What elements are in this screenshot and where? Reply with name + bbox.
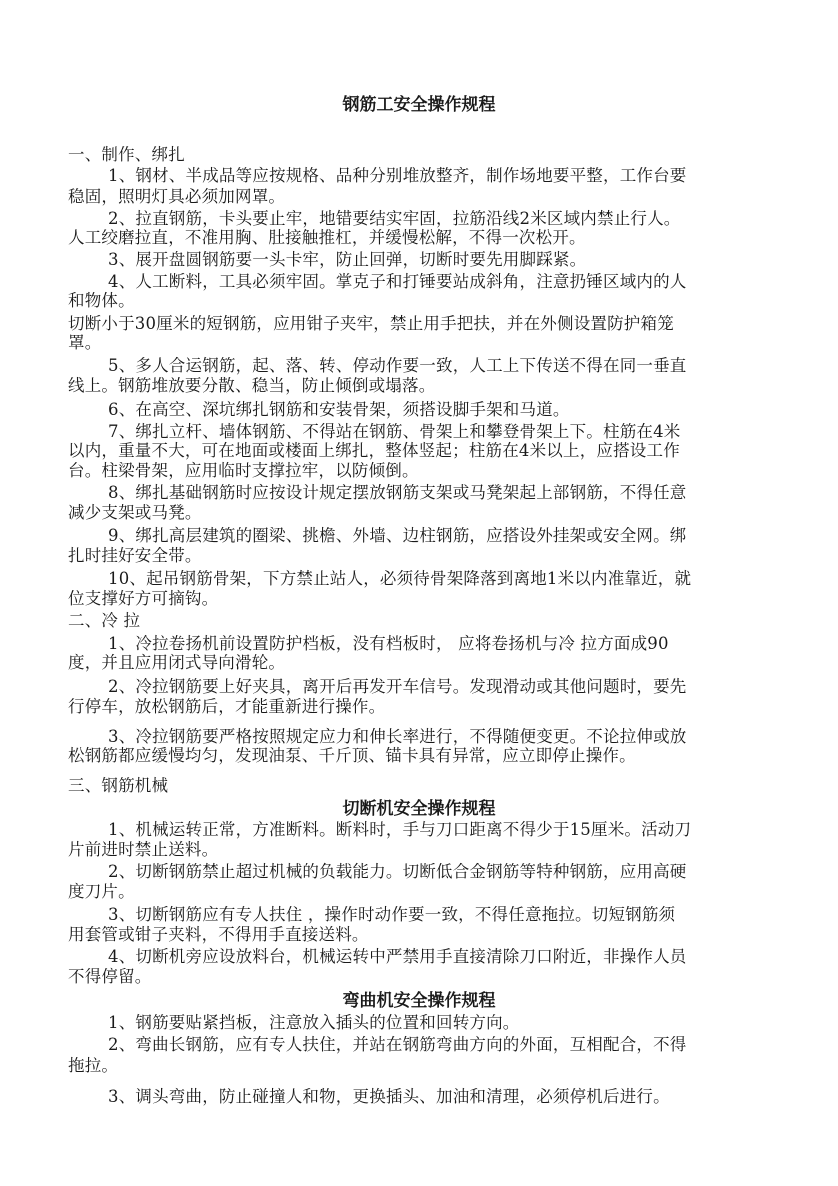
paragraph-line: 台。柱梁骨架，应用临时支撑拉牢，以防倾倒。: [68, 461, 770, 481]
paragraph-line: 2、弯曲长钢筋，应有专人扶住，并站在钢筋弯曲方向的外面，互相配合，不得: [108, 1035, 770, 1055]
paragraph-line: 1、钢筋要贴紧挡板，注意放入插头的位置和回转方向。: [108, 1013, 770, 1033]
paragraph-line: 拖拉。: [68, 1056, 770, 1076]
paragraph-line: 以内，重量不大，可在地面或楼面上绑扎，整体竖起；柱筋在4米以上，应搭设工作: [68, 441, 770, 461]
paragraph-line: 2、切断钢筋禁止超过机械的负载能力。切断低合金钢筋等特种钢筋，应用高硬: [108, 862, 770, 882]
paragraph-line: 1、冷拉卷扬机前设置防护档板，没有档板时， 应将卷扬机与冷 拉方面成90: [108, 634, 770, 654]
paragraph-line: 1、机械运转正常，方准断料。断料时，手与刀口距离不得少于15厘米。活动刀: [108, 820, 770, 840]
paragraph-line: 1、钢材、半成品等应按规格、品种分别堆放整齐，制作场地要平整，工作台要: [108, 166, 770, 186]
paragraph-line: 7、绑扎立杆、墙体钢筋、不得站在钢筋、骨架上和攀登骨架上下。柱筋在4米: [108, 422, 770, 442]
paragraph-line: 10、起吊钢筋骨架，下方禁止站人，必须待骨架降落到离地1米以内准靠近，就: [108, 569, 770, 589]
paragraph-line: 用套管或钳子夹料，不得用手直接送料。: [68, 925, 770, 945]
paragraph-line: 片前进时禁止送料。: [68, 840, 770, 860]
document-title: 钢筋工安全操作规程: [0, 94, 838, 116]
section-heading-2: 二、冷 拉: [68, 611, 770, 631]
paragraph-line: 扎时挂好安全带。: [68, 546, 770, 566]
paragraph-line: 2、拉直钢筋，卡头要止牢，地错要结实牢固，拉筋沿线2米区域内禁止行人。: [108, 209, 770, 229]
paragraph-line: 切断小于30厘米的短钢筋，应用钳子夹牢，禁止用手把扶，并在外侧设置防护箱笼: [68, 314, 770, 334]
paragraph-line: 松钢筋都应缓慢均匀，发现油泵、千斤顶、锚卡具有异常，应立即停止操作。: [68, 746, 770, 766]
paragraph-line: 4、人工断料，工具必须牢固。掌克子和打锤要站成斜角，注意扔锤区域内的人: [108, 272, 770, 292]
paragraph-line: 3、冷拉钢筋要严格按照规定应力和伸长率进行，不得随便变更。不论拉伸或放: [108, 727, 770, 747]
paragraph-line: 不得停留。: [68, 967, 770, 987]
section-heading-1: 一、制作、绑扎: [68, 145, 770, 165]
paragraph-line: 人工绞磨拉直，不准用胸、肚接触推杠，并缓慢松解，不得一次松开。: [68, 228, 770, 248]
paragraph-line: 3、展开盘圆钢筋要一头卡牢，防止回弹，切断时要先用脚踩紧。: [108, 250, 770, 270]
paragraph-line: 度刀片。: [68, 882, 770, 902]
paragraph-line: 9、绑扎高层建筑的圈梁、挑檐、外墙、边柱钢筋，应搭设外挂架或安全网。绑: [108, 526, 770, 546]
subsection-title-bender: 弯曲机安全操作规程: [0, 990, 838, 1012]
paragraph-line: 稳固，照明灯具必须加网罩。: [68, 187, 770, 207]
paragraph-line: 线上。钢筋堆放要分散、稳当，防止倾倒或塌落。: [68, 376, 770, 396]
paragraph-line: 2、冷拉钢筋要上好夹具，离开后再发开车信号。发现滑动或其他问题时，要先: [108, 677, 770, 697]
paragraph-line: 行停车，放松钢筋后，才能重新进行操作。: [68, 697, 770, 717]
document-page: 钢筋工安全操作规程 一、制作、绑扎 1、钢材、半成品等应按规格、品种分别堆放整齐…: [0, 0, 838, 1186]
paragraph-line: 减少支架或马凳。: [68, 503, 770, 523]
paragraph-line: 6、在高空、深坑绑扎钢筋和安装骨架，须搭设脚手架和马道。: [108, 400, 770, 420]
subsection-title-cutter: 切断机安全操作规程: [0, 798, 838, 820]
paragraph-line: 度，并且应用闭式导向滑轮。: [68, 653, 770, 673]
paragraph-line: 位支撑好方可摘钩。: [68, 589, 770, 609]
paragraph-line: 4、切断机旁应设放料台，机械运转中严禁用手直接清除刀口附近，非操作人员: [108, 947, 770, 967]
paragraph-line: 罩。: [68, 333, 770, 353]
section-heading-3: 三、钢筋机械: [68, 776, 770, 796]
paragraph-line: 和物体。: [68, 291, 770, 311]
paragraph-line: 3、切断钢筋应有专人扶住 ，操作时动作要一致，不得任意拖拉。切短钢筋须: [108, 905, 770, 925]
paragraph-line: 8、绑扎基础钢筋时应按设计规定摆放钢筋支架或马凳架起上部钢筋，不得任意: [108, 483, 770, 503]
paragraph-line: 5、多人合运钢筋，起、落、转、停动作要一致，人工上下传送不得在同一垂直: [108, 356, 770, 376]
paragraph-line: 3、调头弯曲，防止碰撞人和物，更换插头、加油和清理，必须停机后进行。: [108, 1087, 770, 1107]
